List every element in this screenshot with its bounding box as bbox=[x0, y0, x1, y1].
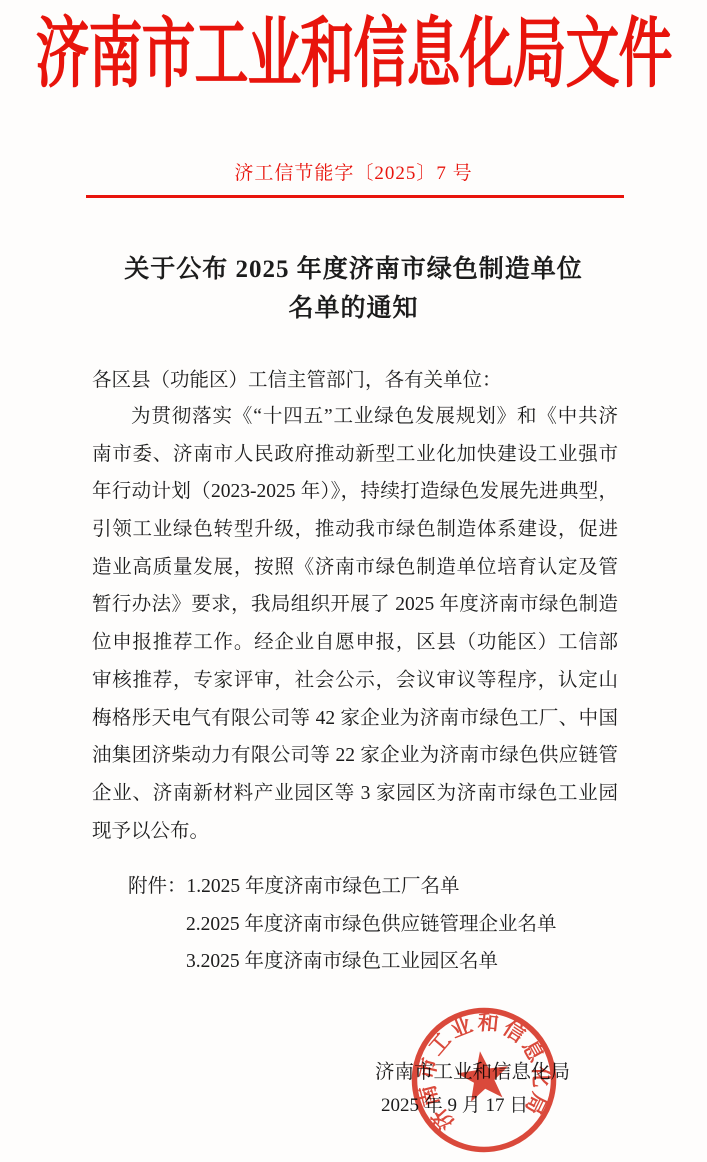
document-page: 济南市工业和信息化局文件 济工信节能字〔2025〕7 号 关于公布 2025 年… bbox=[0, 0, 707, 1162]
body-line: 现予以公布。 bbox=[92, 813, 618, 851]
red-divider-line bbox=[86, 195, 624, 198]
attachment-item: 3.2025 年度济南市绿色工业园区名单 bbox=[128, 943, 628, 981]
salutation: 各区县（功能区）工信主管部门，各有关单位： bbox=[92, 362, 632, 400]
document-number: 济工信节能字〔2025〕7 号 bbox=[0, 158, 707, 185]
signature-agency-name: 济南市工业和信息化局 bbox=[375, 1056, 570, 1084]
body-line: 企业、济南新材料产业园区等 3 家园区为济南市绿色工业园区。 bbox=[92, 775, 618, 813]
body-line: 年行动计划（2023-2025 年）》，持续打造绿色发展先进典型， bbox=[92, 473, 618, 511]
body-line: 位申报推荐工作。经企业自愿申报，区县（功能区）工信部门 bbox=[92, 624, 618, 662]
attachment-item: 1.2025 年度济南市绿色工厂名单 bbox=[187, 876, 460, 897]
document-title-line1: 关于公布 2025 年度济南市绿色制造单位 bbox=[0, 250, 707, 289]
signature-date: 2025 年 9 月 17 日 bbox=[381, 1090, 528, 1117]
agency-header-title: 济南市工业和信息化局文件 bbox=[0, 0, 707, 103]
attachment-row: 附件：1.2025 年度济南市绿色工厂名单 bbox=[128, 868, 628, 906]
body-line: 引领工业绿色转型升级，推动我市绿色制造体系建设，促进制 bbox=[92, 511, 618, 549]
attachment-list: 附件：1.2025 年度济南市绿色工厂名单 2.2025 年度济南市绿色供应链管… bbox=[128, 868, 628, 981]
document-title: 关于公布 2025 年度济南市绿色制造单位 名单的通知 bbox=[0, 250, 707, 328]
body-line: 为贯彻落实《“十四五”工业绿色发展规划》和《中共济 bbox=[92, 398, 618, 436]
body-line: 梅格彤天电气有限公司等 42 家企业为济南市绿色工厂、中国石 bbox=[92, 700, 618, 738]
attachment-item: 2.2025 年度济南市绿色供应链管理企业名单 bbox=[128, 906, 628, 944]
document-title-line2: 名单的通知 bbox=[0, 289, 707, 328]
attachment-label: 附件： bbox=[128, 876, 187, 897]
body-line: 造业高质量发展，按照《济南市绿色制造单位培育认定及管理 bbox=[92, 549, 618, 587]
body-line: 南市委、济南市人民政府推动新型工业化加快建设工业强市三 bbox=[92, 436, 618, 474]
body-line: 暂行办法》要求，我局组织开展了 2025 年度济南市绿色制造单 bbox=[92, 586, 618, 624]
body-paragraph: 为贯彻落实《“十四五”工业绿色发展规划》和《中共济 南市委、济南市人民政府推动新… bbox=[92, 398, 618, 850]
body-line: 油集团济柴动力有限公司等 22 家企业为济南市绿色供应链管理 bbox=[92, 737, 618, 775]
body-line: 审核推荐，专家评审，社会公示，会议审议等程序，认定山东 bbox=[92, 662, 618, 700]
